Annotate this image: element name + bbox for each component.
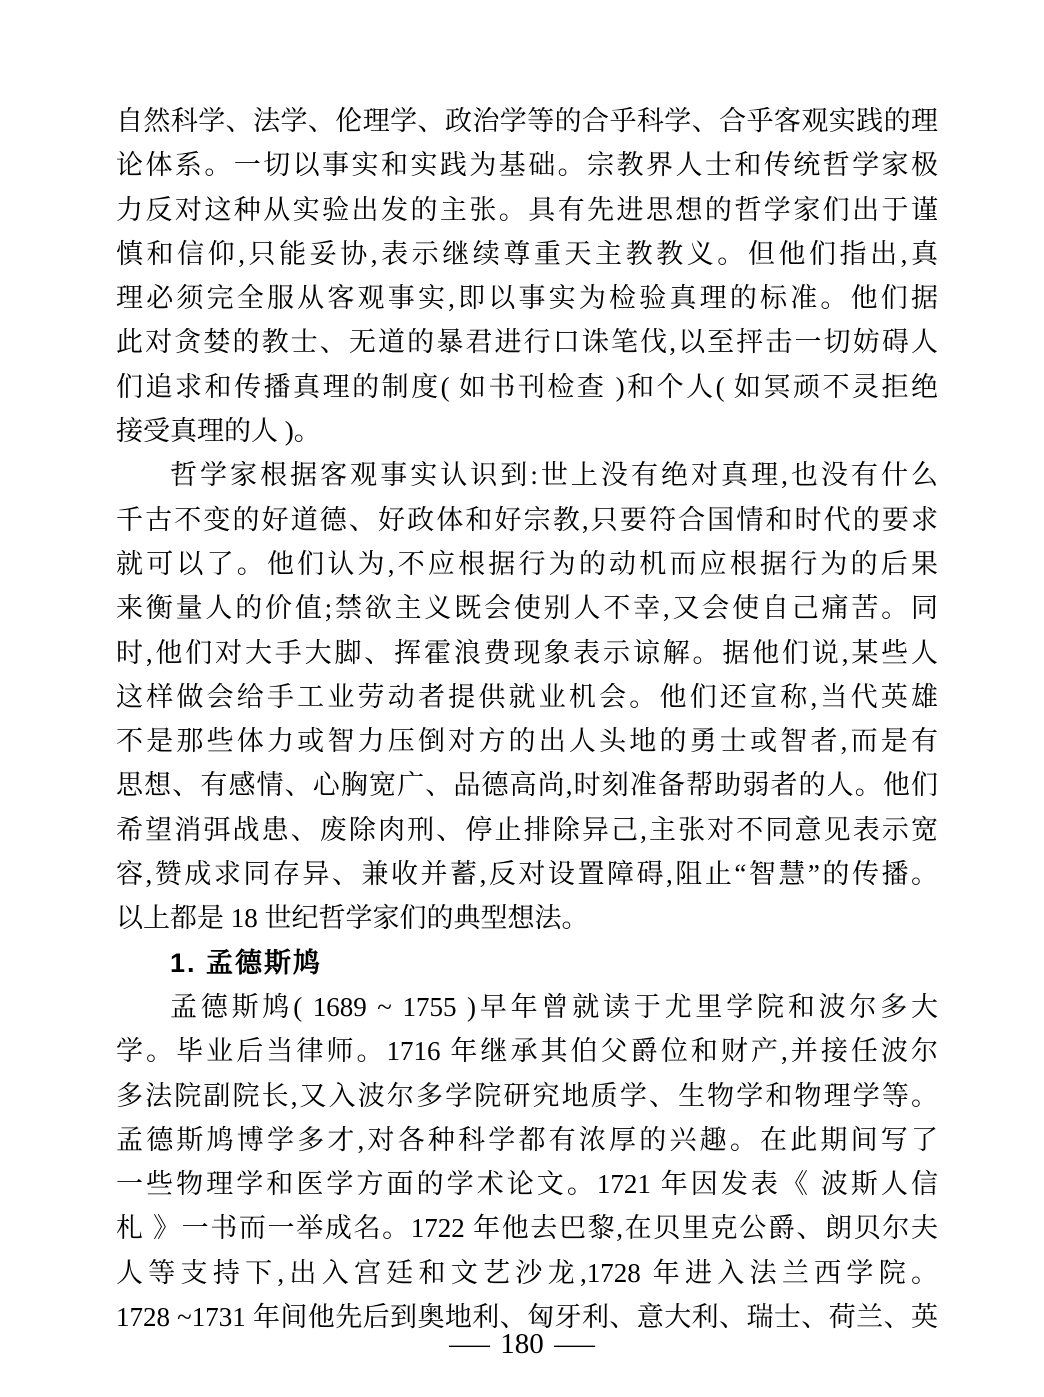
text-line: 自然科学、法学、伦理学、政治学等的合乎科学、合乎客观实践的理 — [116, 99, 938, 143]
text-line: 论体系。一切以事实和实践为基础。宗教界人士和传统哲学家极 — [116, 143, 938, 187]
text-line: 容,赞成求同存异、兼收并蓄,反对设置障碍,阻止“智慧”的传播。 — [116, 852, 938, 896]
text-line: 孟德斯鸠博学多才,对各种科学都有浓厚的兴趣。在此期间写了 — [116, 1118, 938, 1162]
text-line: 人等支持下,出入宫廷和文艺沙龙,1728 年进入法兰西学院。 — [116, 1251, 938, 1295]
text-line: 慎和信仰,只能妥协,表示继续尊重天主教教义。但他们指出,真 — [116, 232, 938, 276]
text-line: 不是那些体力或智力压倒对方的出人头地的勇士或智者,而是有 — [116, 719, 938, 763]
text-line-paragraph-start: 孟德斯鸠( 1689 ~ 1755 )早年曾就读于尤里学院和波尔多大 — [116, 985, 938, 1029]
footer-dash-left: — — [449, 1326, 490, 1362]
text-line: 们追求和传播真理的制度( 如书刊检查 )和个人( 如冥顽不灵拒绝 — [116, 365, 938, 409]
text-line: 这样做会给手工业劳动者提供就业机会。他们还宣称,当代英雄 — [116, 675, 938, 719]
text-line: 多法院副院长,又入波尔多学院研究地质学、生物学和物理学等。 — [116, 1074, 938, 1118]
text-line: 力反对这种从实验出发的主张。具有先进思想的哲学家们出于谨 — [116, 188, 938, 232]
text-line: 札 》一书而一举成名。1722 年他去巴黎,在贝里克公爵、朗贝尔夫 — [116, 1206, 938, 1250]
page-number: 180 — [500, 1328, 544, 1360]
text-line: 理必须完全服从客观事实,即以事实为检验真理的标准。他们据 — [116, 276, 938, 320]
page-footer: —180— — [0, 1326, 1044, 1362]
text-line: 就可以了。他们认为,不应根据行为的动机而应根据行为的后果 — [116, 542, 938, 586]
text-line: 思想、有感情、心胸宽广、品德高尚,时刻准备帮助弱者的人。他们 — [116, 763, 938, 807]
text-line: 千古不变的好道德、好政体和好宗教,只要符合国情和时代的要求 — [116, 498, 938, 542]
text-line: 时,他们对大手大脚、挥霍浪费现象表示谅解。据他们说,某些人 — [116, 631, 938, 675]
footer-dash-right: — — [554, 1326, 595, 1362]
text-line-paragraph-end: 接受真理的人 )。 — [116, 409, 938, 453]
book-page: 自然科学、法学、伦理学、政治学等的合乎科学、合乎客观实践的理 论体系。一切以事实… — [0, 0, 1044, 1397]
text-line: 学。毕业后当律师。1716 年继承其伯父爵位和财产,并接任波尔 — [116, 1029, 938, 1073]
text-line: 来衡量人的价值;禁欲主义既会使别人不幸,又会使自己痛苦。同 — [116, 586, 938, 630]
text-line-paragraph-end: 以上都是 18 世纪哲学家们的典型想法。 — [116, 896, 938, 940]
text-line: 一些物理学和医学方面的学术论文。1721 年因发表《 波斯人信 — [116, 1162, 938, 1206]
text-line-paragraph-start: 哲学家根据客观事实认识到:世上没有绝对真理,也没有什么 — [116, 453, 938, 497]
text-line: 此对贪婪的教士、无道的暴君进行口诛笔伐,以至抨击一切妨碍人 — [116, 320, 938, 364]
text-line: 希望消弭战患、废除肉刑、停止排除异己,主张对不同意见表示宽 — [116, 808, 938, 852]
text-column: 自然科学、法学、伦理学、政治学等的合乎科学、合乎客观实践的理 论体系。一切以事实… — [116, 99, 938, 1339]
section-heading: 1. 孟德斯鸠 — [116, 941, 938, 985]
